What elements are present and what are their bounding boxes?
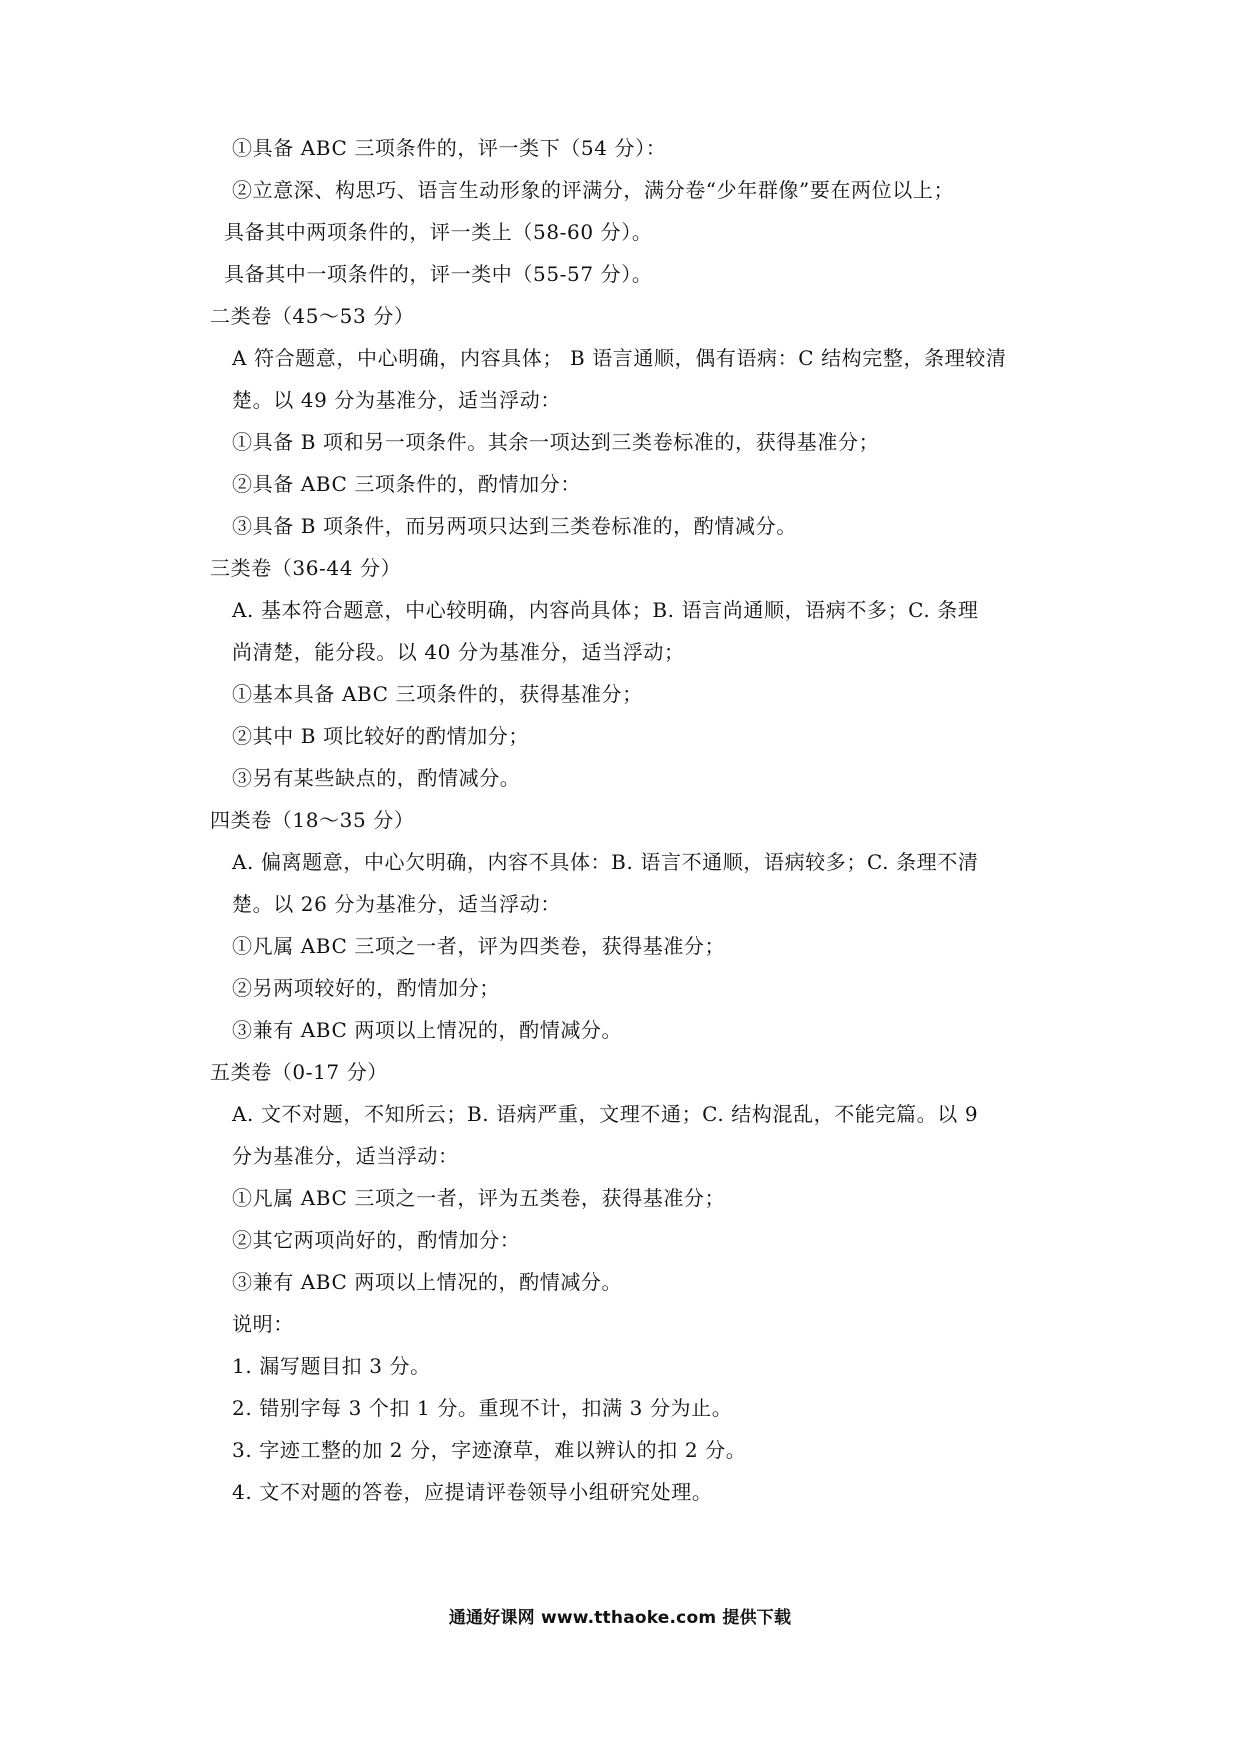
note-item-4: 4. 文不对题的答卷，应提请评卷领导小组研究处理。	[232, 1480, 712, 1504]
category-four-rule-3: ③兼有 ABC 两项以上情况的，酌情减分。	[232, 1018, 622, 1042]
category-five-criteria-line1: A. 文不对题，不知所云；B. 语病严重，文理不通；C. 结构混乱，不能完篇。以…	[232, 1102, 978, 1126]
note-item-2: 2. 错别字每 3 个扣 1 分。重现不计，扣满 3 分为止。	[232, 1396, 732, 1420]
grade-one-middle: 具备其中一项条件的，评一类中（55-57 分）。	[224, 262, 652, 286]
notes-heading: 说明：	[232, 1312, 294, 1336]
category-three-criteria-line1: A. 基本符合题意，中心较明确，内容尚具体；B. 语言尚通顺，语病不多；C. 条…	[232, 598, 978, 622]
category-three-rule-2: ②其中 B 项比较好的酌情加分；	[232, 724, 529, 748]
category-four-rule-2: ②另两项较好的，酌情加分；	[232, 976, 500, 1000]
grade-one-upper: 具备其中两项条件的，评一类上（58-60 分）。	[224, 220, 652, 244]
category-five-heading: 五类卷（0-17 分）	[210, 1060, 388, 1084]
category-five-criteria-line2: 分为基准分，适当浮动：	[232, 1144, 459, 1168]
category-four-heading: 四类卷（18～35 分）	[210, 808, 414, 832]
category-three-criteria-line2: 尚清楚，能分段。以 40 分为基准分，适当浮动；	[232, 640, 685, 664]
category-five-rule-1: ①凡属 ABC 三项之一者，评为五类卷，获得基准分；	[232, 1186, 725, 1210]
grade-one-rule-2: ②立意深、构思巧、语言生动形象的评满分，满分卷“少年群像”要在两位以上；	[232, 178, 954, 202]
category-two-rule-1: ①具备 B 项和另一项条件。其余一项达到三类卷标准的，获得基准分；	[232, 430, 879, 454]
footer-source-note: 通通好课网 www.tthaoke.com 提供下载	[0, 1603, 1240, 1628]
category-three-rule-3: ③另有某些缺点的，酌情减分。	[232, 766, 520, 790]
grade-one-rule-1: ①具备 ABC 三项条件的，评一类下（54 分）：	[232, 136, 666, 160]
category-four-criteria-line1: A. 偏离题意，中心欠明确，内容不具体：B. 语言不通顺，语病较多；C. 条理不…	[232, 850, 978, 874]
category-two-rule-3: ③具备 B 项条件，而另两项只达到三类卷标准的，酌情减分。	[232, 514, 797, 538]
category-two-criteria-line2: 楚。以 49 分为基准分，适当浮动：	[232, 388, 561, 412]
category-three-heading: 三类卷（36-44 分）	[210, 556, 401, 580]
note-item-3: 3. 字迹工整的加 2 分，字迹潦草，难以辨认的扣 2 分。	[232, 1438, 746, 1462]
category-five-rule-3: ③兼有 ABC 两项以上情况的，酌情减分。	[232, 1270, 622, 1294]
category-three-rule-1: ①基本具备 ABC 三项条件的，获得基准分；	[232, 682, 643, 706]
category-two-criteria-line1: A 符合题意，中心明确，内容具体； B 语言通顺，偶有语病：C 结构完整，条理较…	[232, 346, 1006, 370]
note-item-1: 1. 漏写题目扣 3 分。	[232, 1354, 431, 1378]
document-page: ①具备 ABC 三项条件的，评一类下（54 分）： ②立意深、构思巧、语言生动形…	[0, 0, 1240, 1754]
category-two-rule-2: ②具备 ABC 三项条件的，酌情加分：	[232, 472, 581, 496]
category-five-rule-2: ②其它两项尚好的，酌情加分：	[232, 1228, 520, 1252]
category-four-criteria-line2: 楚。以 26 分为基准分，适当浮动：	[232, 892, 561, 916]
category-two-heading: 二类卷（45～53 分）	[210, 304, 414, 328]
category-four-rule-1: ①凡属 ABC 三项之一者，评为四类卷，获得基准分；	[232, 934, 725, 958]
